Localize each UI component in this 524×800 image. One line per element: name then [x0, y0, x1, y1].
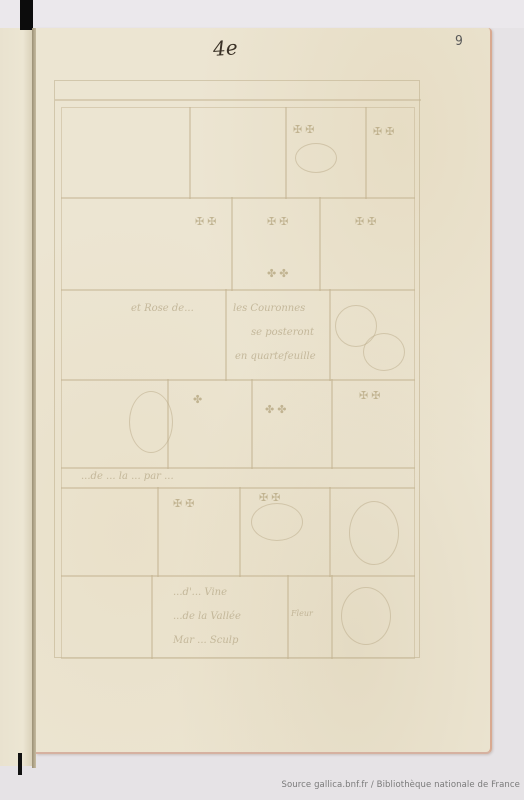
cross-ornament-icon: ✤✤: [267, 267, 291, 280]
plate-cell: [61, 575, 153, 659]
plate-cell: [167, 379, 253, 469]
engraved-plate: ✠✠ ✠✠ ✠✠ ✠✠ ✠✠ ✤✤ les Couronnes se poste…: [54, 80, 420, 658]
plate-cell: [157, 487, 241, 577]
plate-cell: [61, 487, 159, 577]
cross-ornament-icon: ✠✠: [293, 123, 317, 136]
plate-caption: les Couronnes: [233, 303, 305, 314]
plate-caption: se posteront: [251, 327, 314, 338]
cross-ornament-icon: ✠✠: [173, 497, 197, 510]
viewer-top-margin: [0, 0, 524, 28]
cross-ornament-icon: ✠✠: [195, 215, 219, 228]
plate-caption: et Rose de...: [131, 303, 194, 314]
cross-ornament-icon: ✠✠: [359, 389, 383, 402]
cross-ornament-icon: ✠✠: [373, 125, 397, 138]
ornament-oval: [129, 391, 173, 453]
plate-caption: ...de la Vallée: [173, 611, 241, 622]
plate-cell: [365, 107, 415, 199]
ornament-oval: [341, 587, 391, 645]
plate-cell: [61, 107, 191, 199]
plate-caption: Mar ... Sculp: [173, 635, 238, 646]
bookmark-ribbon-end: [18, 753, 22, 775]
plate-cell: [189, 107, 287, 199]
plate-cell: [61, 197, 233, 291]
folio-number: 9: [455, 34, 463, 49]
plate-rule: [55, 99, 421, 101]
plate-caption: en quartefeuille: [235, 351, 316, 362]
plate-cell: [319, 197, 415, 291]
cross-ornament-icon: ✠✠: [267, 215, 291, 228]
bookmark-ribbon: [20, 0, 33, 30]
plate-cell: [251, 379, 333, 469]
facing-page-edge: [0, 28, 33, 766]
cross-ornament-icon: ✠✠: [259, 491, 283, 504]
ornament-oval: [251, 503, 303, 541]
plate-band-caption: ...de ... la ... par ...: [81, 471, 174, 482]
scanned-page: ✠✠ ✠✠ ✠✠ ✠✠ ✠✠ ✤✤ les Couronnes se poste…: [36, 28, 492, 754]
plate-caption: ...d'... Vine: [173, 587, 227, 598]
cross-ornament-icon: ✠✠: [355, 215, 379, 228]
cross-ornament-icon: ✤✤: [265, 403, 289, 416]
handwritten-annotation: 4e: [212, 35, 238, 61]
ornament-oval: [349, 501, 399, 565]
plate-caption: Fleur: [291, 609, 313, 618]
cross-ornament-icon: ✤: [193, 393, 205, 406]
scan-viewer: ✠✠ ✠✠ ✠✠ ✠✠ ✠✠ ✤✤ les Couronnes se poste…: [0, 0, 524, 800]
source-credit: Source gallica.bnf.fr / Bibliothèque nat…: [281, 780, 520, 790]
ornament-oval: [363, 333, 405, 371]
ornament-oval: [295, 143, 337, 173]
